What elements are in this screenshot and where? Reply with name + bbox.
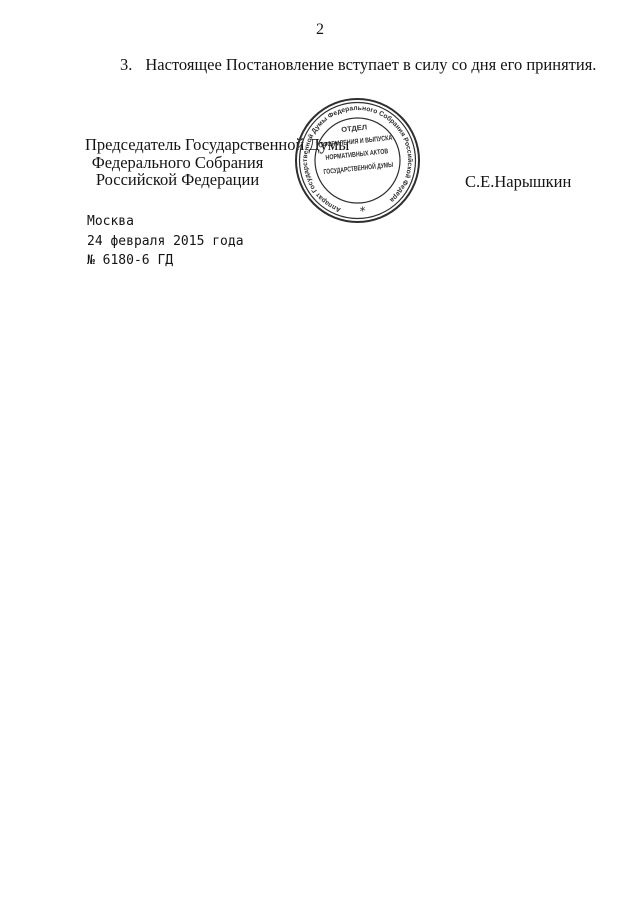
- stamp-center-line-1: ОТДЕЛ: [341, 124, 368, 134]
- stamp-seal-graphic: Аппарат Государственной Думы Федеральног…: [293, 96, 422, 225]
- clause-text: Настоящее Постановление вступает в силу …: [145, 55, 596, 74]
- stamp-center-line-2: ОФОРМЛЕНИЯ И ВЫПУСКА: [318, 135, 392, 150]
- issuance-date: 24 февраля 2015 года: [87, 232, 244, 252]
- issuance-number: № 6180-6 ГД: [87, 251, 244, 271]
- stamp-center-line-4: ГОСУДАРСТВЕННОЙ ДУМЫ: [323, 160, 394, 176]
- signature-title-block: Председатель Государственной Думы Федера…: [85, 136, 270, 189]
- issuance-city: Москва: [87, 212, 244, 232]
- stamp-star-separator: *: [359, 204, 366, 219]
- issuance-block: Москва 24 февраля 2015 года № 6180-6 ГД: [87, 212, 244, 271]
- clause-number: 3.: [120, 55, 132, 74]
- signature-title-line-1: Председатель Государственной Думы: [85, 136, 270, 154]
- clause-paragraph: 3.Настоящее Постановление вступает в сил…: [120, 55, 596, 75]
- stamp-center-line-3: НОРМАТИВНЫХ АКТОВ: [325, 148, 388, 162]
- signature-title-line-3: Российской Федерации: [85, 171, 270, 189]
- official-stamp: Аппарат Государственной Думы Федеральног…: [293, 96, 422, 225]
- document-page: 2 3.Настоящее Постановление вступает в с…: [0, 0, 640, 905]
- signatory-name: С.Е.Нарышкин: [465, 172, 571, 192]
- signature-title-line-2: Федерального Собрания: [85, 154, 270, 172]
- page-number: 2: [0, 21, 640, 39]
- stamp-middle-circle: [300, 103, 416, 219]
